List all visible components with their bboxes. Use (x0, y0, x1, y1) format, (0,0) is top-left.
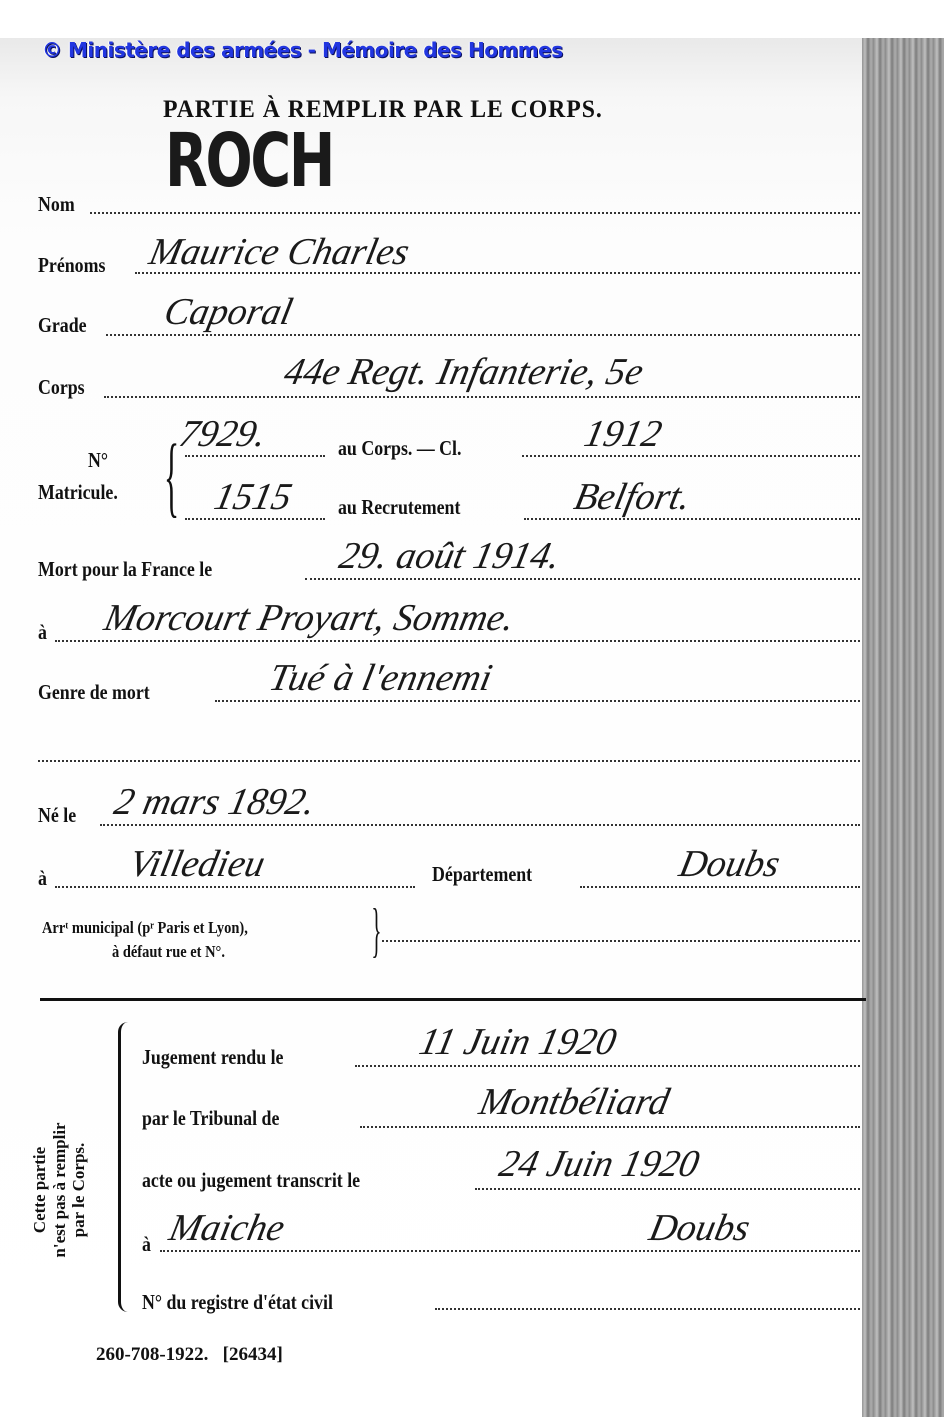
value-transcription-dept: Doubs (645, 1206, 754, 1250)
binding-edge (862, 38, 944, 1417)
section-divider (40, 998, 866, 1001)
label-genre-de-mort: Genre de mort (38, 680, 150, 705)
field-line-extra (38, 760, 860, 762)
side-note-brace (118, 1022, 131, 1312)
side-note: Cette partie n'est pas à remplir par le … (30, 1080, 89, 1300)
label-no: N° (88, 448, 108, 473)
top-margin (0, 0, 944, 38)
field-line-genre-de-mort (215, 700, 860, 702)
value-lieu-deces: Morcourt Proyart, Somme. (100, 596, 518, 640)
label-transcription-lieu: à (142, 1232, 151, 1257)
value-genre-de-mort: Tué à l'ennemi (265, 656, 496, 700)
field-line-date-deces (305, 578, 860, 580)
label-arr-municipal: Arrᵗ municipal (pʳ Paris et Lyon), (42, 918, 248, 938)
field-line-jugement-date (355, 1065, 860, 1067)
value-lieu-naissance: Villedieu (125, 842, 269, 886)
field-line-arr-municipal (382, 940, 860, 942)
field-line-transcription-date (475, 1188, 860, 1190)
field-line-transcription-lieu (160, 1250, 860, 1252)
side-note-line-2: n'est pas à remplir (50, 1080, 70, 1300)
side-note-line-1: Cette partie (30, 1080, 50, 1300)
value-nom: ROCH (165, 118, 333, 204)
value-date-naissance: 2 mars 1892. (110, 780, 319, 824)
value-prenoms: Maurice Charles (145, 230, 413, 274)
label-prenoms: Prénoms (38, 253, 105, 278)
value-jugement-date: 11 Juin 1920 (415, 1020, 620, 1064)
label-corps: Corps (38, 375, 85, 400)
value-matricule-recrutement: 1515 (210, 475, 295, 519)
value-transcription-lieu: Maiche (165, 1206, 288, 1250)
field-line-tribunal (360, 1126, 860, 1128)
value-tribunal: Montbéliard (475, 1080, 673, 1124)
label-au-corps-classe: au Corps. — Cl. (338, 436, 461, 461)
label-ne-le: Né le (38, 803, 76, 828)
value-departement: Doubs (675, 842, 784, 886)
value-recrutement: Belfort. (570, 475, 694, 519)
field-line-date-naissance (100, 824, 860, 826)
value-date-deces: 29. août 1914. (335, 534, 564, 578)
label-au-recrutement: au Recrutement (338, 495, 460, 520)
label-departement: Département (432, 862, 532, 887)
label-acte-transcrit: acte ou jugement transcrit le (142, 1168, 360, 1193)
label-grade: Grade (38, 313, 87, 338)
value-corps: 44e Regt. Infanterie, 5e (280, 350, 647, 394)
label-matricule: Matricule. (38, 480, 118, 505)
field-line-departement (580, 886, 860, 888)
side-note-line-3: par le Corps. (69, 1080, 89, 1300)
field-line-lieu-deces (55, 640, 860, 642)
value-grade: Caporal (160, 290, 296, 334)
value-classe: 1912 (580, 412, 665, 456)
copyright-watermark: © Ministère des armées - Mémoire des Hom… (42, 38, 563, 62)
label-tribunal: par le Tribunal de (142, 1106, 279, 1131)
value-matricule-corps: 7929. (175, 412, 270, 456)
label-a-defaut: à défaut rue et N°. (112, 942, 225, 962)
label-mort-pour-la-france: Mort pour la France le (38, 557, 212, 582)
field-line-corps (104, 396, 860, 398)
label-no-registre: N° du registre d'état civil (142, 1290, 333, 1315)
arr-brace: } (371, 900, 381, 960)
label-lieu-naissance: à (38, 866, 47, 891)
label-jugement-rendu: Jugement rendu le (142, 1045, 283, 1070)
form-reference: 260-708-1922. [26434] (96, 1344, 283, 1366)
field-line-grade (106, 334, 860, 336)
field-line-lieu-naissance (55, 886, 415, 888)
label-lieu-deces: à (38, 620, 47, 645)
value-transcription-date: 24 Juin 1920 (495, 1142, 703, 1186)
field-line-nom (90, 212, 860, 214)
field-line-classe (522, 455, 860, 457)
field-line-no-registre (435, 1308, 860, 1310)
label-nom: Nom (38, 192, 75, 217)
